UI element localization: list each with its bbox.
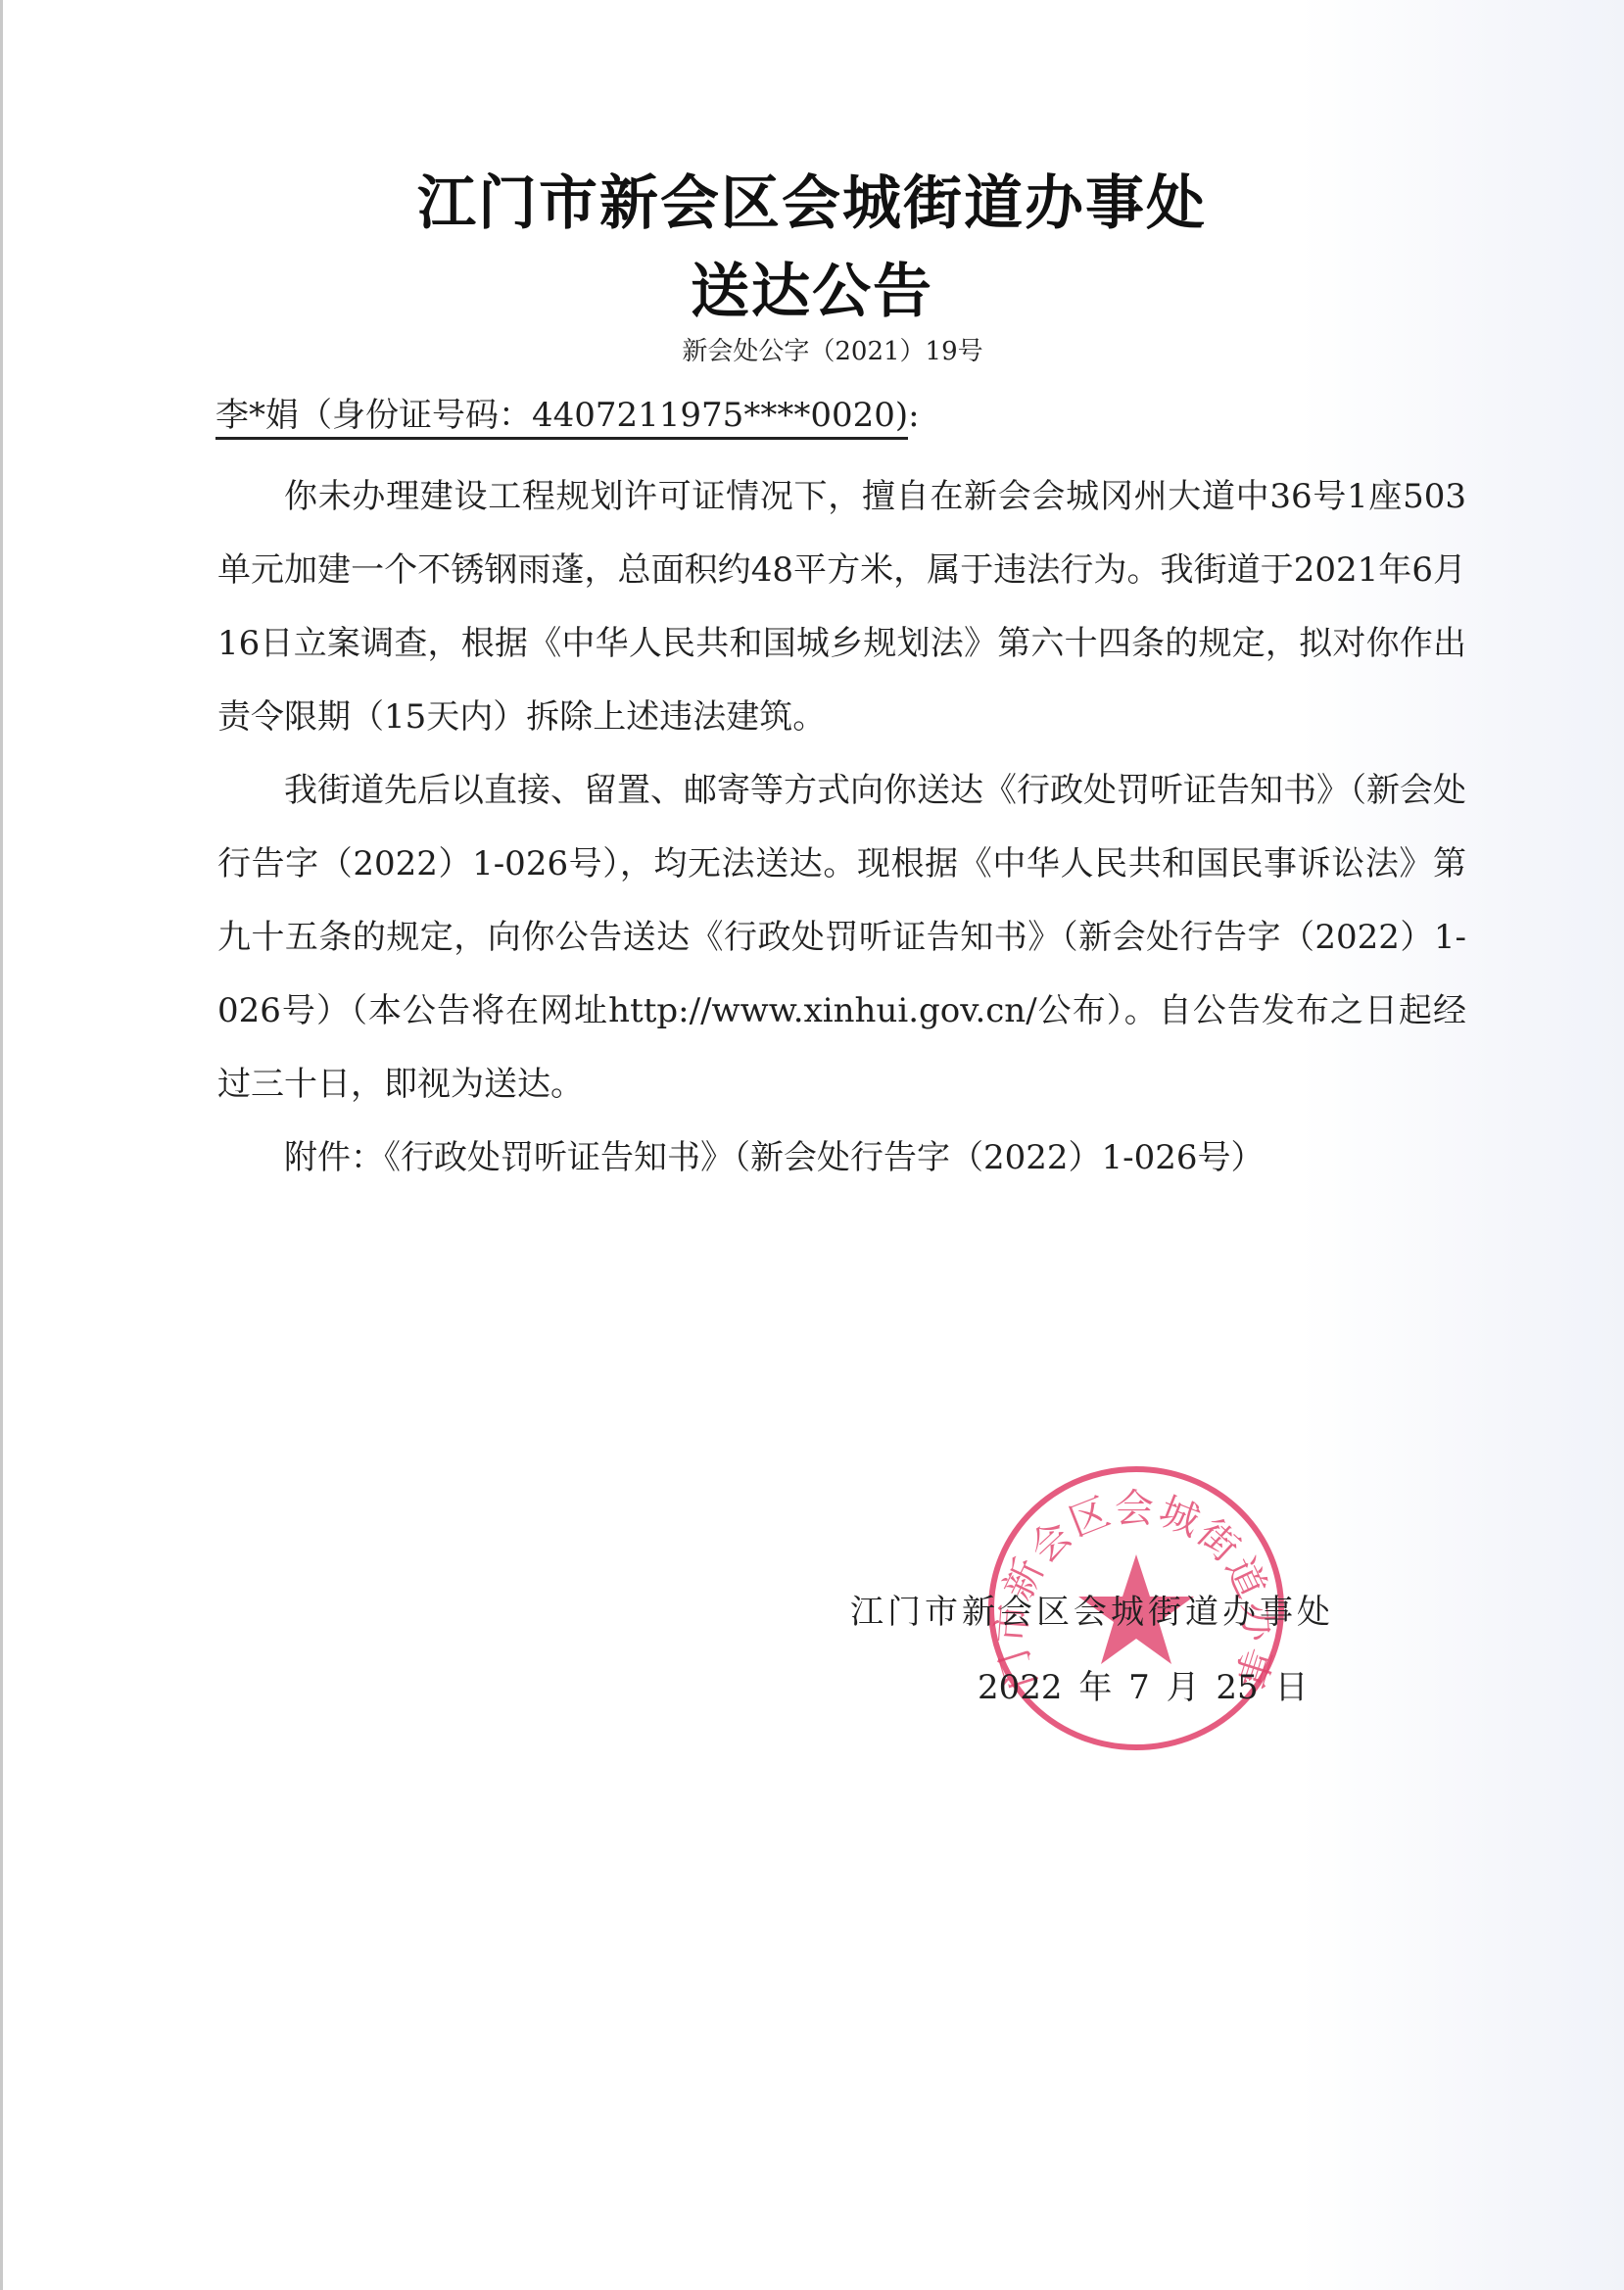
addressee-name: 李*娟（身份证号码：4407211975****0020): [215, 396, 908, 440]
issue-date: 2022 年 7 月 25 日: [978, 1660, 1308, 1708]
paragraph-violation: 你未办理建设工程规划许可证情况下，擅自在新会会城冈州大道中36号1座503单元加…: [217, 460, 1466, 754]
document-body: 你未办理建设工程规划许可证情况下，擅自在新会会城冈州大道中36号1座503单元加…: [217, 460, 1466, 1195]
document-subtitle: 送达公告: [0, 245, 1624, 329]
document-page: 江门市新会区会城街道办事处 送达公告 新会处公字（2021）19号 李*娟（身份…: [0, 0, 1624, 2290]
document-number: 新会处公字（2021）19号: [0, 331, 1624, 367]
issuer-signature: 江门市新会区会城街道办事处: [850, 1585, 1334, 1633]
addressee-colon: :: [908, 396, 919, 435]
document-title: 江门市新会区会城街道办事处: [0, 157, 1624, 241]
paragraph-service: 我街道先后以直接、留置、邮寄等方式向你送达《行政处罚听证告知书》（新会处行告字（…: [217, 754, 1466, 1121]
addressee-line: 李*娟（身份证号码：4407211975****0020):: [215, 388, 920, 436]
paragraph-attachment: 附件：《行政处罚听证告知书》（新会处行告字（2022）1-026号）: [217, 1121, 1466, 1195]
